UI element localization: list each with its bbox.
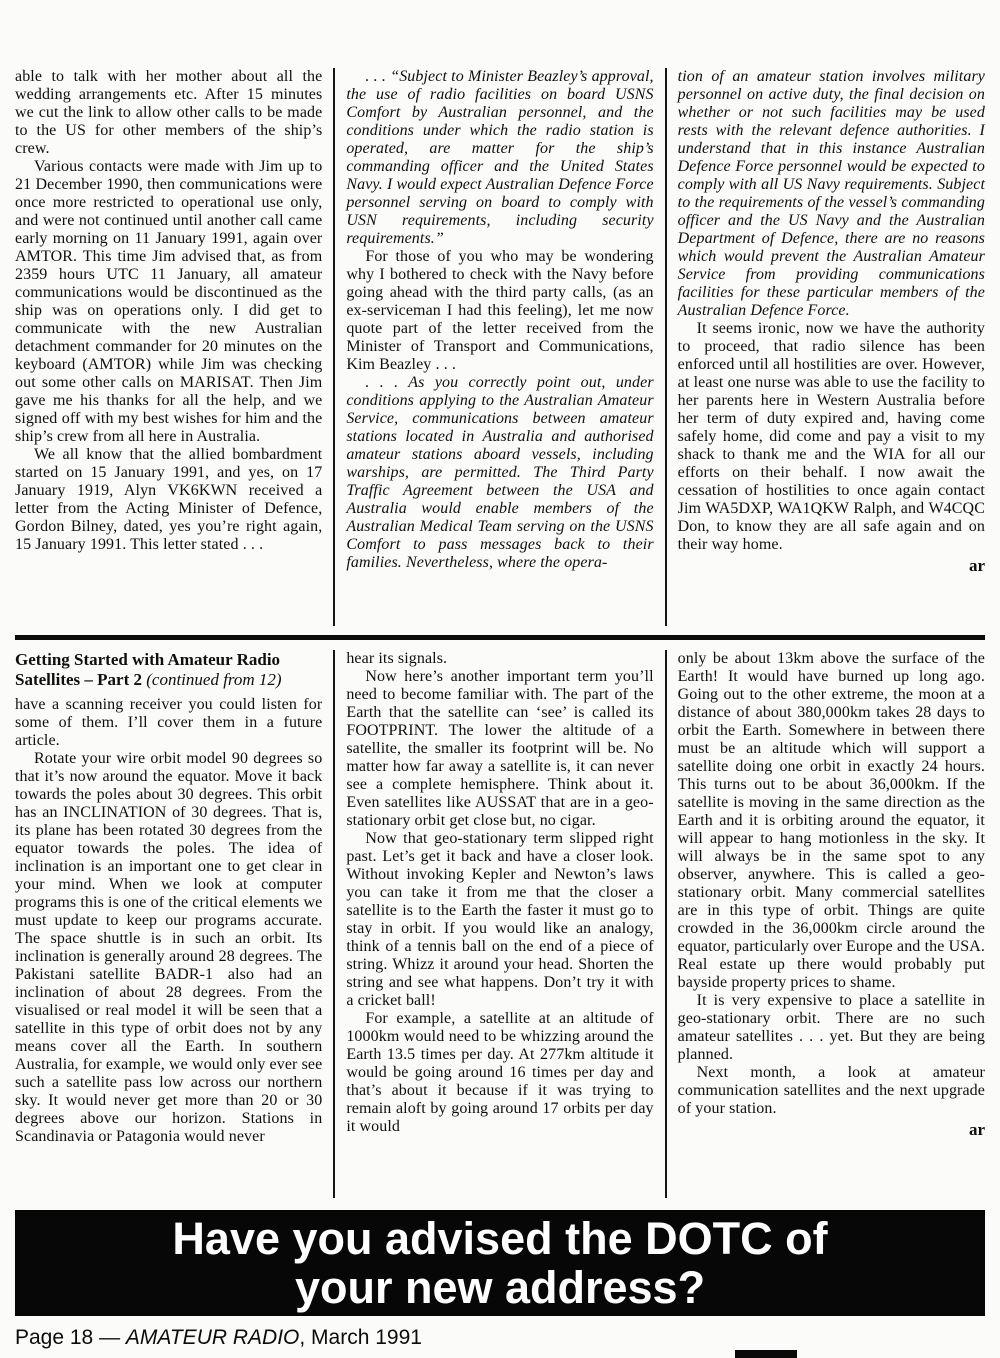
paragraph: Next month, a look at amateur communicat… (678, 1064, 985, 1118)
print-artifact-mark (735, 1350, 797, 1358)
paragraph: . . . As you correctly point out, under … (346, 374, 653, 572)
footer-page-number: Page 18 — (15, 1326, 126, 1349)
footer-magazine-title: AMATEUR RADIO (126, 1326, 299, 1349)
paragraph: only be about 13km above the surface of … (678, 650, 985, 992)
footer-issue-date: , March 1991 (299, 1326, 422, 1349)
paragraph: tion of an amateur station involves mili… (678, 68, 985, 320)
article2-column-3-text: only be about 13km above the surface of … (678, 650, 985, 1118)
paragraph: It is very expensive to place a satellit… (678, 992, 985, 1064)
paragraph: It seems ironic, now we have the authori… (678, 320, 985, 554)
paragraph: . . . “Subject to Minister Beazley’s app… (346, 68, 653, 248)
page-footer: Page 18 — AMATEUR RADIO, March 1991 (15, 1326, 985, 1350)
dotc-address-banner: Have you advised the DOTC of your new ad… (15, 1210, 985, 1316)
article2-heading-continued: (continued from 12) (146, 670, 281, 689)
banner-line-2: your new address? (295, 1263, 705, 1312)
article2-column-3: only be about 13km above the surface of … (665, 650, 985, 1198)
paragraph: For example, a satellite at an altitude … (346, 1010, 653, 1136)
paragraph: Various contacts were made with Jim up t… (15, 158, 322, 446)
article1-column-2: . . . “Subject to Minister Beazley’s app… (333, 68, 664, 626)
paragraph: able to talk with her mother about all t… (15, 68, 322, 158)
article1-column-3: tion of an amateur station involves mili… (665, 68, 985, 626)
paragraph: Rotate your wire orbit model 90 degrees … (15, 750, 322, 1146)
article1-end-mark: ar (678, 554, 985, 576)
article-satellites-part2: Getting Started with Amateur Radio Satel… (15, 640, 985, 1198)
article2-heading: Getting Started with Amateur Radio Satel… (15, 650, 322, 690)
paragraph: For those of you who may be wondering wh… (346, 248, 653, 374)
article-usns-comfort: able to talk with her mother about all t… (15, 0, 985, 626)
article1-column-1: able to talk with her mother about all t… (15, 68, 333, 626)
article2-column-1: Getting Started with Amateur Radio Satel… (15, 650, 333, 1198)
paragraph: have a scanning receiver you could liste… (15, 696, 322, 750)
article1-column-3-text: tion of an amateur station involves mili… (678, 68, 985, 554)
banner-line-1: Have you advised the DOTC of (172, 1214, 827, 1263)
paragraph: hear its signals. (346, 650, 653, 668)
paragraph: Now that geo-stationary term slipped rig… (346, 830, 653, 1010)
article2-column-1-text: have a scanning receiver you could liste… (15, 696, 322, 1146)
article2-column-2: hear its signals.Now here’s another impo… (333, 650, 664, 1198)
article2-end-mark: ar (678, 1118, 985, 1140)
paragraph: We all know that the allied bombardment … (15, 446, 322, 554)
magazine-page: able to talk with her mother about all t… (0, 0, 1000, 1358)
paragraph: Now here’s another important term you’ll… (346, 668, 653, 830)
